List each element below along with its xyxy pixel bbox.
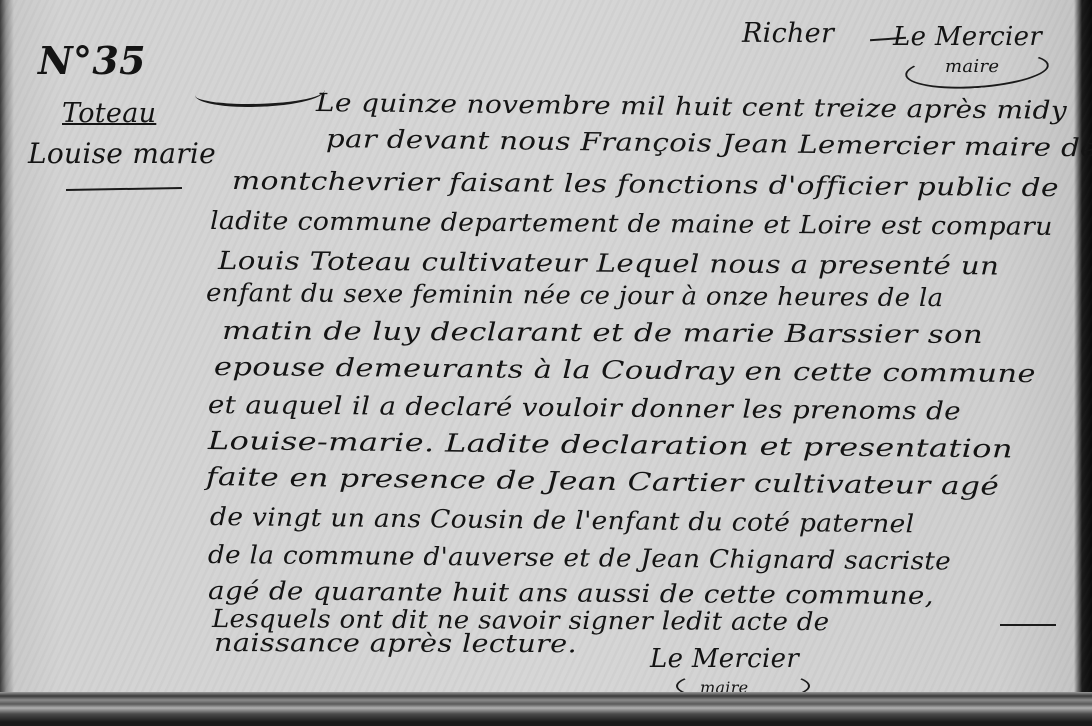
page-bottom-edge [0, 692, 1092, 726]
scanned-register-page: N°35 Toteau Louise marie Richer Le Merci… [0, 0, 1092, 726]
body-line-9: et auquel il a declaré vouloir donner le… [208, 390, 961, 426]
entry-number: N°35 [38, 38, 146, 83]
margin-underline [66, 187, 182, 191]
signature-richer: Richer [742, 18, 834, 49]
body-line-1: Le quinze novembre mil huit cent treize … [316, 88, 1067, 125]
margin-surname: Toteau [62, 98, 156, 129]
body-line-12: de vingt un ans Cousin de l'enfant du co… [210, 502, 915, 538]
body-line-2: par devant nous François Jean Lemercier … [326, 124, 1092, 162]
body-line-7: matin de luy declarant et de marie Barss… [222, 316, 983, 349]
opening-flourish [195, 78, 325, 107]
body-line-4: ladite commune departement de maine et L… [210, 206, 1053, 241]
body-line-5: Louis Toteau cultivateur Lequel nous a p… [218, 246, 999, 280]
margin-given-names: Louise marie [28, 137, 216, 170]
signature-le-mercier-bottom: Le Mercier [650, 644, 799, 674]
body-line-11: faite en presence de Jean Cartier cultiv… [206, 462, 1000, 501]
body-line-6: enfant du sexe feminin née ce jour à onz… [206, 278, 944, 312]
signature-flourish-top [904, 47, 1050, 93]
body-line-8: epouse demeurants à la Coudray en cette … [214, 352, 1036, 388]
body-line-3: montchevrier faisant les fonctions d'off… [232, 166, 1059, 202]
line-end-rule [1000, 624, 1056, 626]
signature-le-mercier-top: Le Mercier [893, 22, 1042, 52]
body-line-16: naissance après lecture. [214, 628, 577, 658]
body-line-13: de la commune d'auverse et de Jean Chign… [208, 540, 951, 575]
body-line-10: Louise-marie. Ladite declaration et pres… [208, 426, 1013, 463]
